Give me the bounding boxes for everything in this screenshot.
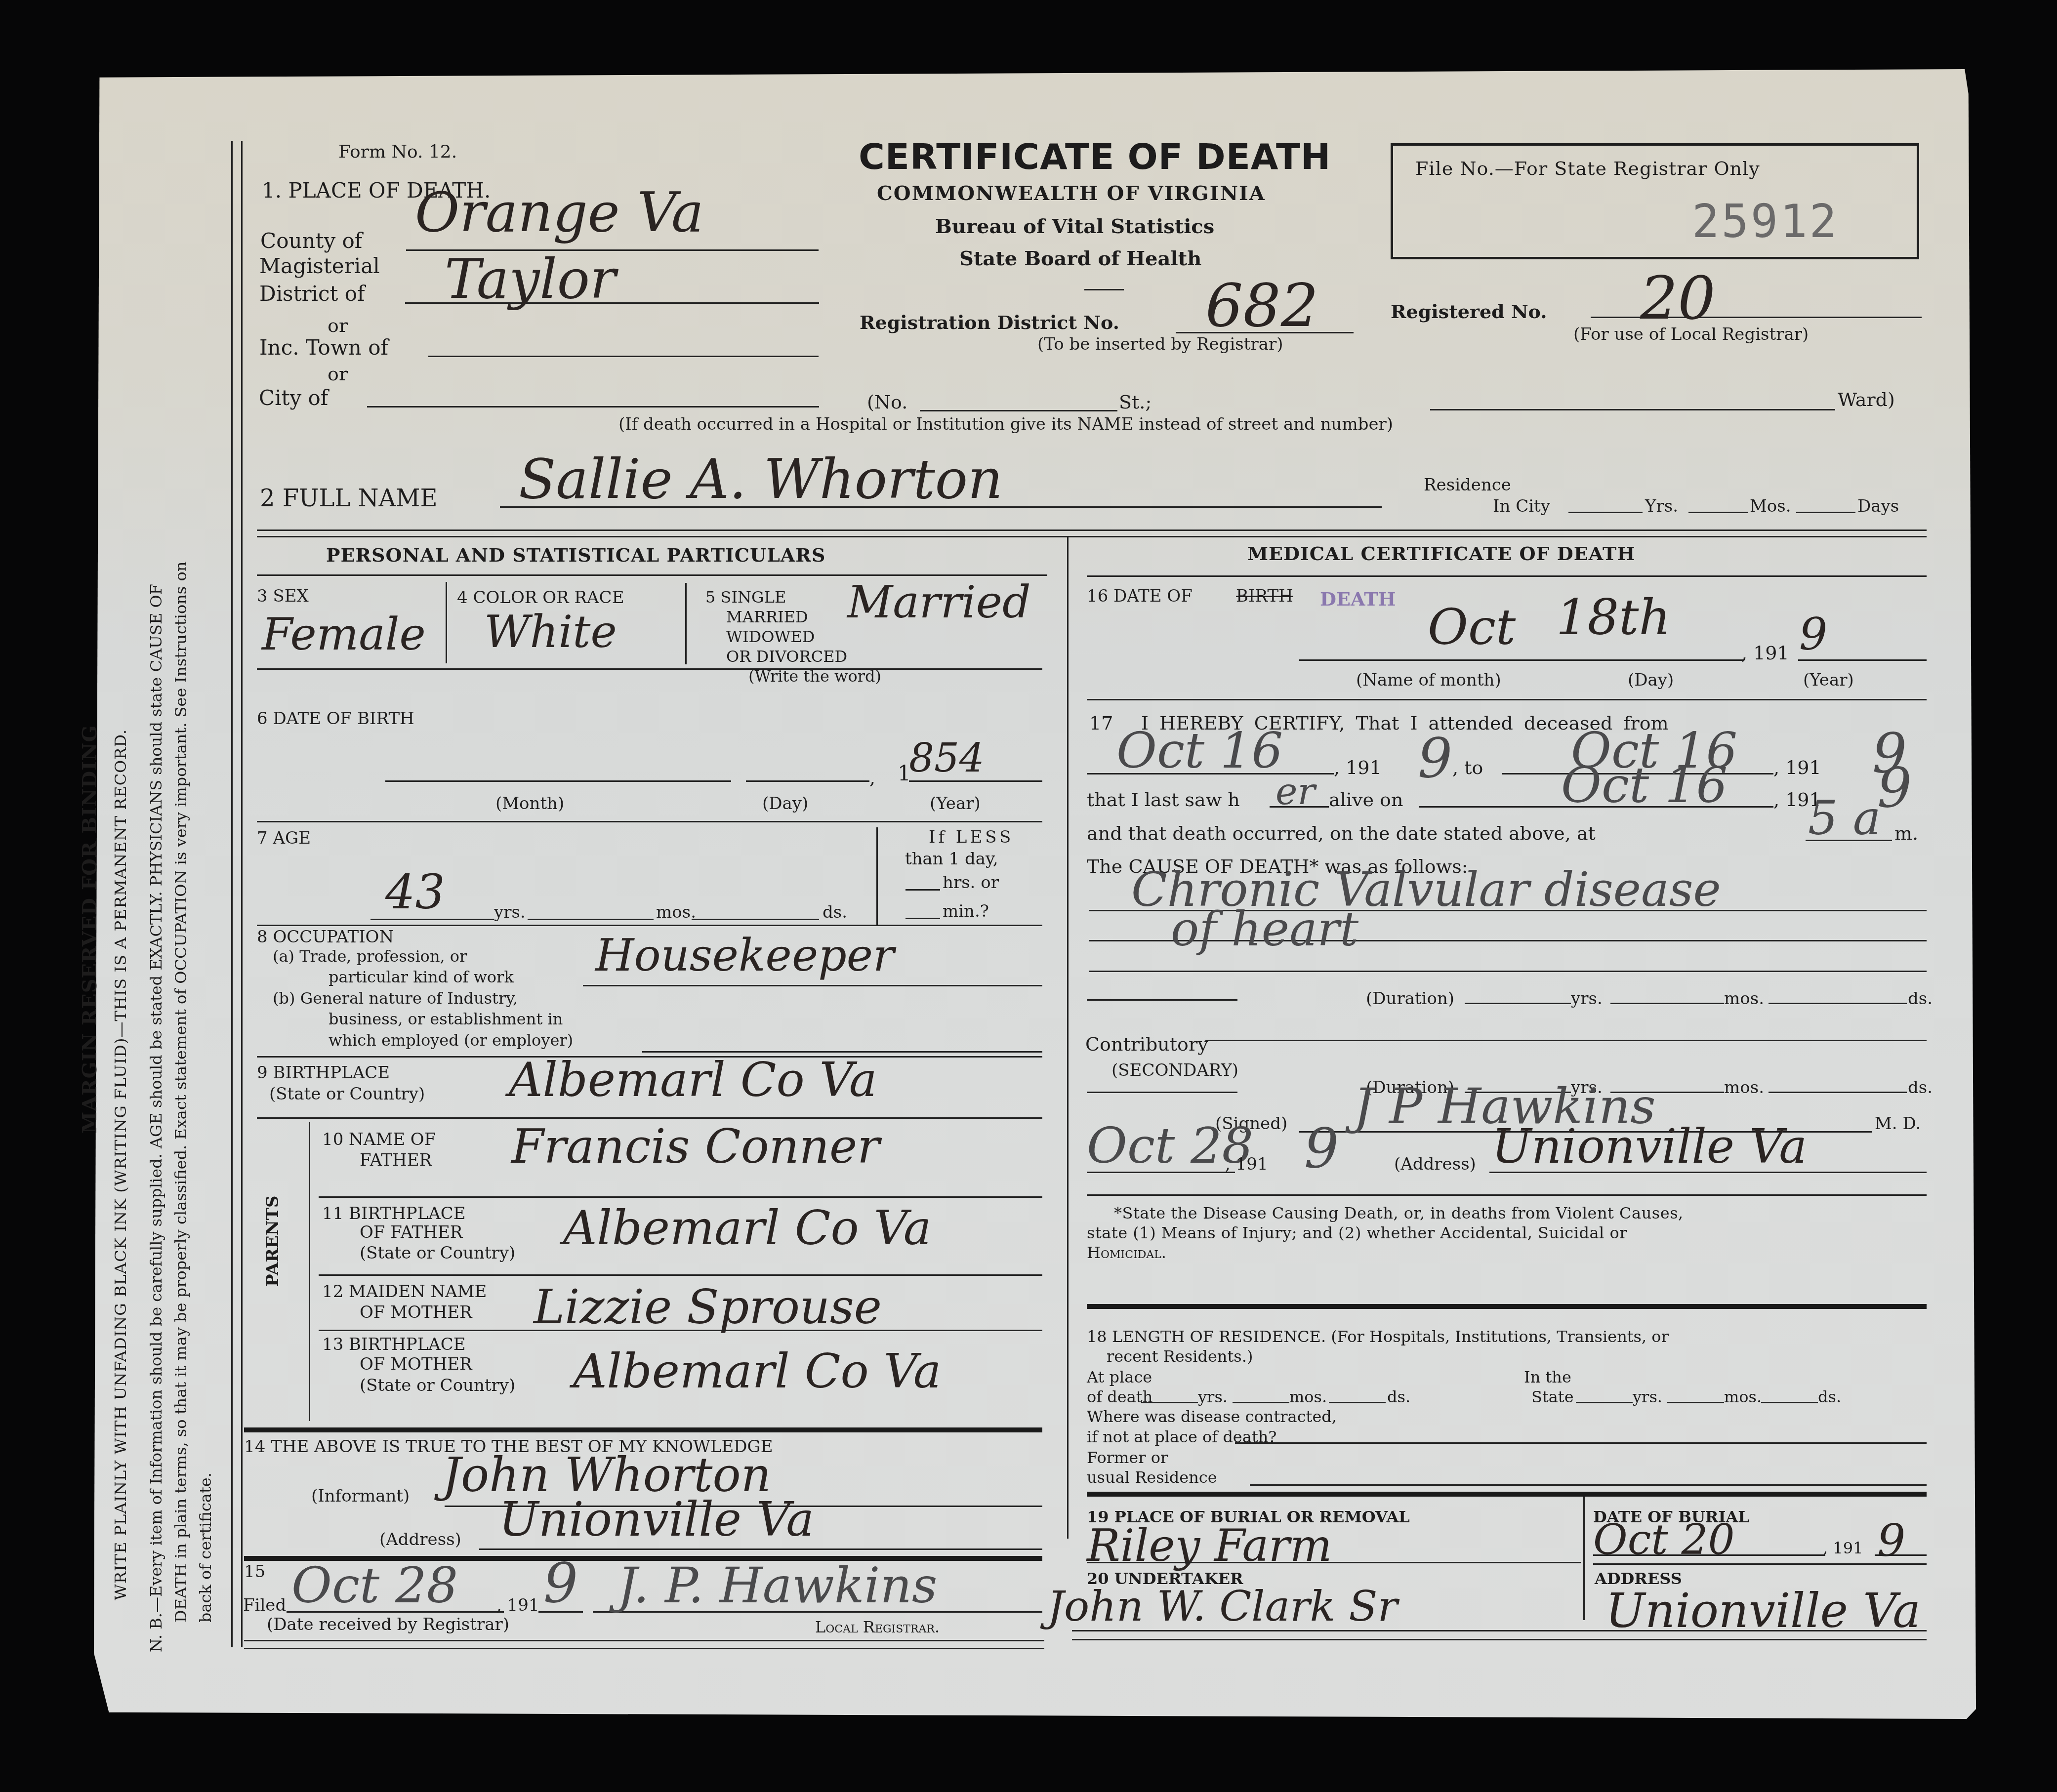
less-than-label-4: min.?: [943, 903, 989, 920]
margin-nb-line2: DEATH in plain terms, so that it may be …: [173, 562, 189, 1652]
burial-year-line: [1875, 1554, 1927, 1556]
sex-value: Female: [262, 612, 426, 657]
cause-line-3: [1089, 971, 1927, 972]
burial-thick-rule: [1087, 1492, 1927, 1497]
footnote-top-rule: [1087, 1194, 1927, 1196]
medical-heading: MEDICAL CERTIFICATE OF DEATH: [1247, 544, 1635, 563]
age-value: 43: [385, 869, 445, 916]
age-label: 7 AGE: [257, 830, 311, 847]
form-number: Form No. 12.: [338, 143, 457, 161]
margin-rule-inner: [241, 141, 243, 1647]
secondary-label: (SECONDARY): [1111, 1062, 1238, 1079]
date-of-birth-struck: BIRTH: [1236, 588, 1293, 605]
burial-place-line: [1087, 1562, 1581, 1563]
filed-year-line: [538, 1611, 583, 1613]
personal-heading: PERSONAL AND STATISTICAL PARTICULARS: [326, 546, 825, 565]
less-than-label-3: hrs. or: [943, 874, 999, 891]
last-saw-pronoun: er: [1275, 773, 1315, 810]
place-mos-line: [1233, 1402, 1289, 1403]
section-top-rule-1: [257, 529, 1927, 531]
sign-address-label: (Address): [1394, 1156, 1476, 1173]
occupation-a-line2: particular kind of work: [329, 969, 514, 985]
father-name-label-2: FATHER: [360, 1152, 432, 1169]
death-day-hint: (Day): [1628, 672, 1674, 689]
file-number-label: File No.—For State Registrar Only: [1415, 159, 1760, 178]
state-yrs-line: [1576, 1402, 1633, 1403]
attended-from-value: Oct 16: [1116, 726, 1283, 775]
parents-divider: [309, 1122, 310, 1421]
contracted-label-1: Where was disease contracted,: [1087, 1409, 1337, 1425]
parents-label: PARENTS: [264, 1195, 281, 1287]
town-line: [428, 356, 819, 357]
attended-from-year-prefix: , 191: [1334, 758, 1382, 777]
burial-year-prefix: , 191: [1823, 1540, 1863, 1556]
burial-date-value: Oct 20: [1593, 1519, 1735, 1561]
duration-ds-line: [1769, 1003, 1907, 1004]
burial-date-under-rule: [1593, 1563, 1927, 1565]
dob-year-hint: (Year): [930, 795, 981, 812]
date-of-death-stamp: DEATH: [1320, 588, 1396, 610]
city-label: City of: [259, 388, 328, 408]
row-rule-occ-top: [257, 925, 1042, 926]
occupation-a-line1: (a) Trade, profession, or: [273, 948, 467, 964]
ward-line: [1430, 409, 1835, 410]
magisterial-label: Magisterial: [259, 256, 380, 277]
mother-name-value: Lizzie Sprouse: [534, 1284, 882, 1331]
local-registrar-label: Local Registrar.: [815, 1619, 940, 1635]
age-yrs-label: yrs.: [494, 904, 526, 921]
registered-number-value: 20: [1640, 269, 1716, 328]
death-year-value: 9: [1799, 612, 1827, 657]
medical-heading-rule: [1087, 575, 1927, 577]
margin-reserved-text: MARGIN RESERVED FOR BINDING: [80, 725, 100, 1134]
residence-label: Residence: [1424, 477, 1511, 493]
mother-name-label-2: OF MOTHER: [360, 1304, 472, 1321]
state-label: State: [1531, 1389, 1574, 1405]
occupation-b-line2: business, or establishment in: [329, 1011, 563, 1027]
bureau-title: Bureau of Vital Statistics: [935, 215, 1214, 238]
occupation-b-line1: (b) General nature of Industry,: [273, 990, 518, 1006]
attended-to-label: , to: [1452, 758, 1483, 777]
sign-year-value: 9: [1304, 1121, 1339, 1176]
state-mos-line: [1667, 1402, 1724, 1403]
father-birthplace-label-1: 11 BIRTHPLACE: [322, 1205, 466, 1222]
contributory-line: [1205, 1040, 1927, 1041]
mother-birthplace-label-3: (State or Country): [360, 1377, 515, 1394]
place-mos-label: mos.: [1289, 1389, 1327, 1405]
bottom-rule-right-2: [1072, 1639, 1927, 1640]
residence-days-label: Days: [1857, 498, 1899, 515]
burial-divider: [1583, 1497, 1585, 1620]
duration-ds: ds.: [1908, 990, 1933, 1007]
residence-yrs-label: Yrs.: [1645, 498, 1678, 515]
former-label-1: Former or: [1087, 1450, 1168, 1466]
or-label-2: or: [328, 365, 348, 383]
duration-mos-line: [1610, 1003, 1724, 1004]
duration-2-ds: ds.: [1908, 1079, 1933, 1096]
margin-rule-outer: [231, 141, 233, 1647]
marital-label-married: MARRIED: [726, 609, 808, 625]
district-value: Taylor: [445, 252, 616, 306]
attended-to-year-prefix: , 191: [1773, 758, 1821, 777]
time-suffix: m.: [1894, 824, 1918, 843]
duration-2-prefix-line: [1087, 1092, 1237, 1093]
cause-line-2-value: of heart: [1171, 906, 1358, 953]
occupation-value: Housekeeper: [595, 934, 894, 978]
age-less-divider: [876, 827, 878, 926]
row-rule-age-top: [257, 821, 1042, 822]
title-divider: [1084, 289, 1124, 290]
margin-nb-line1: N. B.—Every item of Information should b…: [148, 584, 164, 1652]
residence-city-line: [1568, 512, 1643, 513]
personal-heading-rule: [257, 574, 1047, 576]
or-label-1: or: [328, 316, 348, 335]
place-ds-line: [1329, 1402, 1386, 1403]
row-rule-parents-top: [257, 1117, 1042, 1119]
undertaker-value: John W. Clark Sr: [1047, 1586, 1398, 1628]
district-label: District of: [259, 284, 365, 304]
footnote-line-2: state (1) Means of Injury; and (2) wheth…: [1087, 1225, 1627, 1241]
duration-yrs-line: [1465, 1003, 1571, 1004]
column-divider: [1067, 536, 1069, 1539]
place-yrs-line: [1141, 1402, 1198, 1403]
local-registrar-value: J. P. Hawkins: [617, 1561, 937, 1610]
father-name-value: Francis Conner: [511, 1124, 880, 1171]
margin-write-plainly: WRITE PLAINLY WITH UNFADING BLACK INK (W…: [113, 729, 128, 1600]
bottom-rule-right-1: [1072, 1630, 1927, 1631]
in-the-label: In the: [1524, 1369, 1571, 1385]
medical-rule-17-top: [1087, 699, 1927, 700]
filed-label: Filed: [243, 1597, 286, 1614]
last-saw-year: 9: [1877, 761, 1912, 815]
less-than-label-1: If LESS: [929, 829, 1014, 846]
residence-mos-label: Mos.: [1750, 498, 1791, 515]
occupation-b-line: [642, 1051, 1042, 1053]
dob-month-line: [385, 780, 731, 782]
state-ds-label: ds.: [1818, 1389, 1841, 1405]
father-birthplace-label-3: (State or Country): [360, 1245, 515, 1262]
mother-name-rule: [319, 1330, 1042, 1331]
occupation-b-line3: which employed (or employer): [329, 1032, 573, 1048]
occupation-label: 8 OCCUPATION: [257, 929, 394, 945]
marital-label-divorced: OR DIVORCED: [726, 649, 847, 664]
time-of-death-value: 5 a: [1808, 795, 1881, 842]
marital-label-widowed: WIDOWED: [726, 629, 815, 645]
mother-name-label-1: 12 MAIDEN NAME: [322, 1283, 487, 1300]
sign-year-prefix: , 191: [1225, 1156, 1268, 1173]
duration-2-mos: mos.: [1724, 1079, 1764, 1096]
filed-hint: (Date received by Registrar): [267, 1616, 509, 1633]
former-label-2: usual Residence: [1087, 1469, 1217, 1485]
footnote-line-1: *State the Disease Causing Death, or, in…: [1114, 1205, 1684, 1221]
death-month-hint: (Name of month): [1356, 672, 1501, 689]
registered-number-label: Registered No.: [1391, 302, 1547, 321]
place-yrs-label: yrs.: [1198, 1389, 1228, 1405]
informant-thick-rule: [244, 1427, 1042, 1432]
occurred-text: and that death occurred, on the date sta…: [1087, 824, 1596, 843]
registration-district-label: Registration District No.: [860, 313, 1119, 332]
death-year-hint: (Year): [1803, 672, 1854, 689]
informant-address-label: (Address): [379, 1531, 461, 1548]
duration-yrs: yrs.: [1571, 990, 1603, 1007]
mother-birthplace-label-1: 13 BIRTHPLACE: [322, 1336, 466, 1353]
sign-address-value: Unionville Va: [1492, 1124, 1807, 1171]
birthplace-hint: (State or Country): [269, 1086, 425, 1102]
ward-label: Ward): [1838, 390, 1895, 409]
father-birthplace-rule: [319, 1274, 1042, 1276]
death-year-prefix: , 191: [1741, 644, 1789, 662]
last-saw-text-2: alive on: [1329, 790, 1403, 809]
board-title: State Board of Health: [959, 247, 1201, 270]
death-day-value: 18th: [1556, 593, 1671, 642]
margin-nb-line3: back of certificate.: [198, 1472, 213, 1652]
informant-value: John Whorton: [442, 1452, 771, 1499]
marital-hint: (Write the word): [748, 668, 881, 684]
city-line: [367, 406, 819, 407]
registered-number-hint: (For use of Local Registrar): [1573, 326, 1809, 343]
hospital-hint: (If death occurred in a Hospital or Inst…: [618, 416, 1393, 433]
undertaker-address-value: Unionville Va: [1605, 1588, 1921, 1635]
dob-day-hint: (Day): [762, 795, 808, 812]
age-ds-line: [692, 919, 819, 920]
dob-day-line: [746, 780, 869, 782]
street-label: St.;: [1119, 393, 1152, 411]
registration-district-value: 682: [1205, 277, 1318, 336]
residence-heading: 18 LENGTH OF RESIDENCE. (For Hospitals, …: [1087, 1329, 1669, 1344]
birthplace-value: Albemarl Co Va: [509, 1057, 877, 1104]
commonwealth-title: COMMONWEALTH OF VIRGINIA: [877, 182, 1266, 205]
county-value: Orange Va: [415, 185, 704, 240]
mother-birthplace-label-2: OF MOTHER: [360, 1356, 472, 1373]
death-month-value: Oct: [1428, 603, 1516, 652]
dob-year-value: 854: [909, 738, 985, 778]
filed-year-prefix: , 191: [496, 1597, 539, 1614]
section-top-rule-2: [257, 536, 1927, 537]
mother-birthplace-value: Albemarl Co Va: [573, 1348, 941, 1395]
residence-heading-2: recent Residents.): [1107, 1348, 1253, 1364]
bottom-rule-left-2: [244, 1648, 1044, 1649]
bottom-rule-left-1: [244, 1640, 1044, 1641]
at-place-label: At place: [1087, 1369, 1152, 1385]
full-name-label: 2 FULL NAME: [260, 487, 437, 510]
contributory-label: Contributory: [1085, 1035, 1208, 1054]
duration-2-ds-line: [1769, 1092, 1907, 1093]
race-value: White: [484, 610, 617, 654]
date-of-death-label: 16 DATE OF: [1087, 588, 1193, 605]
full-name-value: Sallie A. Whorton: [519, 452, 1003, 506]
less-hrs-line: [905, 889, 940, 891]
father-birthplace-value: Albemarl Co Va: [563, 1205, 931, 1252]
race-label: 4 COLOR OR RACE: [457, 589, 624, 606]
informant-address-value: Unionville Va: [499, 1497, 814, 1544]
informant-address-line: [479, 1548, 1042, 1550]
father-birthplace-label-2: OF FATHER: [360, 1224, 462, 1241]
md-label: M. D.: [1875, 1115, 1921, 1132]
certificate-title: CERTIFICATE OF DEATH: [859, 136, 1331, 177]
death-month-day-line: [1299, 659, 1744, 661]
contracted-line: [1235, 1442, 1927, 1444]
residence-yrs-line: [1688, 512, 1748, 513]
occupation-a-line: [583, 985, 1042, 986]
street-number-label: (No.: [867, 393, 907, 411]
age-mos-line: [528, 919, 654, 920]
file-number-value: 25912: [1692, 195, 1839, 248]
father-name-label-1: 10 NAME OF: [322, 1131, 436, 1148]
residence-in-city-label: In City: [1493, 498, 1550, 515]
dob-month-hint: (Month): [495, 795, 564, 812]
duration-label: (Duration): [1366, 990, 1454, 1007]
age-ds-label: ds.: [823, 904, 847, 921]
state-yrs-label: yrs.: [1633, 1389, 1662, 1405]
state-ds-line: [1761, 1402, 1818, 1403]
state-mos-label: mos.: [1724, 1389, 1762, 1405]
burial-year-value: 9: [1877, 1519, 1905, 1563]
former-residence-line: [1250, 1484, 1927, 1486]
row-rule-dob-top: [257, 668, 1042, 670]
dob-label: 6 DATE OF BIRTH: [257, 710, 414, 727]
place-ds-label: ds.: [1387, 1389, 1410, 1405]
duration-prefix-line: [1087, 999, 1237, 1001]
county-label: County of: [260, 231, 362, 251]
sex-race-divider: [446, 582, 447, 663]
informant-label: (Informant): [311, 1488, 410, 1505]
duration-mos: mos.: [1724, 990, 1764, 1007]
birthplace-label: 9 BIRTHPLACE: [257, 1064, 390, 1081]
attended-from-year: 9: [1418, 731, 1452, 785]
filed-year-value: 9: [543, 1556, 578, 1610]
marital-value: Married: [847, 580, 1031, 625]
street-number-line: [920, 410, 1117, 411]
certify-number: 17: [1089, 714, 1113, 733]
registration-district-hint: (To be inserted by Registrar): [1037, 336, 1283, 353]
residence-mos-line: [1796, 512, 1855, 513]
last-saw-text-1: that I last saw h: [1087, 790, 1240, 809]
less-min-line: [905, 918, 940, 919]
town-label: Inc. Town of: [259, 337, 388, 358]
race-marital-divider: [685, 583, 687, 664]
sex-label: 3 SEX: [257, 588, 309, 605]
age-mos-label: mos.: [656, 904, 696, 921]
less-than-label-2: than 1 day,: [905, 851, 998, 867]
filed-date-value: Oct 28: [291, 1561, 458, 1610]
footnote-line-3: Homicidal.: [1087, 1245, 1166, 1261]
residence-thick-rule: [1087, 1304, 1927, 1309]
filed-number: 15: [244, 1563, 265, 1580]
last-saw-date: Oct 16: [1561, 761, 1728, 810]
dob-comma: ,: [869, 768, 875, 787]
marital-label-single: 5 SINGLE: [705, 589, 786, 605]
father-name-rule: [319, 1196, 1042, 1198]
